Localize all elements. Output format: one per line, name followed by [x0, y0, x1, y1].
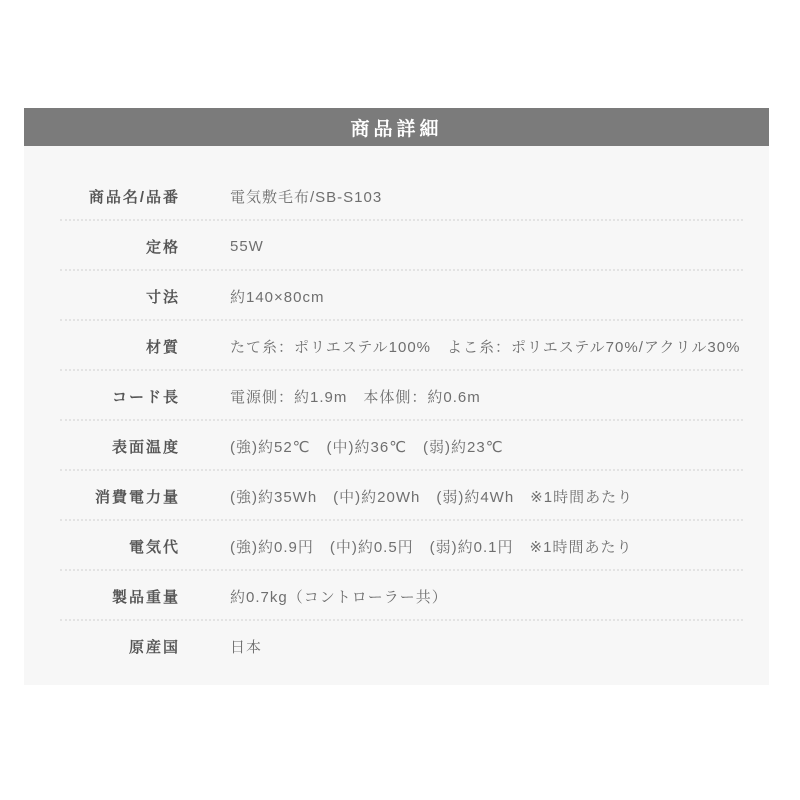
- spec-value: 約0.7kg（コントローラー共）: [230, 586, 448, 607]
- spec-label: 表面温度: [24, 436, 180, 457]
- spec-label: 定格: [24, 236, 180, 257]
- spec-value: 電気敷毛布/SB-S103: [230, 186, 382, 207]
- spec-row: 商品名/品番 電気敷毛布/SB-S103: [24, 171, 769, 221]
- spec-row: 寸法 約140×80cm: [24, 271, 769, 321]
- spec-row: 電気代 (強)約0.9円 (中)約0.5円 (弱)約0.1円 ※1時間あたり: [24, 521, 769, 571]
- spec-label: 寸法: [24, 286, 180, 307]
- spec-value: (強)約52℃ (中)約36℃ (弱)約23℃: [230, 436, 504, 457]
- spec-value: 55W: [230, 238, 264, 255]
- spec-label: 原産国: [24, 636, 180, 657]
- product-detail-card: 商品詳細 商品名/品番 電気敷毛布/SB-S103 定格 55W 寸法 約140…: [24, 108, 769, 685]
- spec-row: 製品重量 約0.7kg（コントローラー共）: [24, 571, 769, 621]
- spec-label: 材質: [24, 336, 180, 357]
- spec-table: 商品名/品番 電気敷毛布/SB-S103 定格 55W 寸法 約140×80cm…: [24, 146, 769, 685]
- spec-row: 定格 55W: [24, 221, 769, 271]
- spec-value: (強)約0.9円 (中)約0.5円 (弱)約0.1円 ※1時間あたり: [230, 536, 632, 557]
- spec-row: 表面温度 (強)約52℃ (中)約36℃ (弱)約23℃: [24, 421, 769, 471]
- spec-row: 材質 たて糸：ポリエステル100% よこ糸：ポリエステル70%/アクリル30%: [24, 321, 769, 371]
- spec-label: 電気代: [24, 536, 180, 557]
- spec-label: コード長: [24, 386, 180, 407]
- spec-value: (強)約35Wh (中)約20Wh (弱)約4Wh ※1時間あたり: [230, 486, 633, 507]
- section-header: 商品詳細: [24, 108, 769, 146]
- spec-row: コード長 電源側：約1.9m 本体側：約0.6m: [24, 371, 769, 421]
- spec-label: 商品名/品番: [24, 186, 180, 207]
- spec-row: 消費電力量 (強)約35Wh (中)約20Wh (弱)約4Wh ※1時間あたり: [24, 471, 769, 521]
- spec-value: たて糸：ポリエステル100% よこ糸：ポリエステル70%/アクリル30%: [230, 336, 740, 357]
- spec-label: 消費電力量: [24, 486, 180, 507]
- section-title: 商品詳細: [350, 114, 442, 141]
- spec-row: 原産国 日本: [24, 621, 769, 671]
- spec-value: 日本: [230, 636, 262, 657]
- spec-label: 製品重量: [24, 586, 180, 607]
- spec-value: 電源側：約1.9m 本体側：約0.6m: [230, 386, 481, 407]
- spec-value: 約140×80cm: [230, 286, 324, 307]
